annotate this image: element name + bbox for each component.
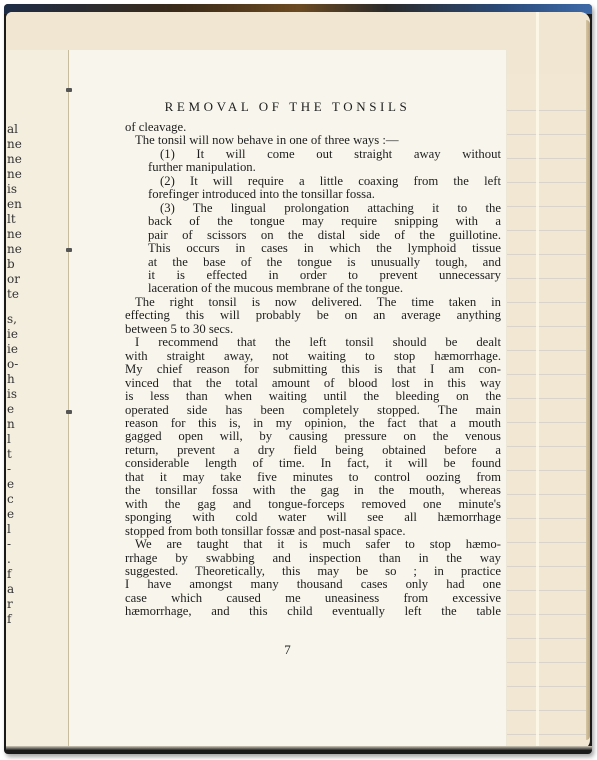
text-line: considerable length of time. In fact, it… bbox=[125, 457, 501, 470]
text-line: case which caused me uneasiness from exc… bbox=[125, 592, 501, 605]
text-line: pair of scissors on the distal side of t… bbox=[125, 229, 501, 242]
left-page-text-fragment: s, bbox=[7, 312, 17, 327]
underlying-left-page: alneneneisenltnenebortes,ieieo-hisenlt-e… bbox=[6, 50, 69, 747]
text-line: stopped from both tonsillar fossæ and po… bbox=[125, 525, 501, 538]
text-line: back of the tongue may require snipping … bbox=[125, 215, 501, 228]
text-line: I recommend that the left tonsil should … bbox=[125, 336, 501, 349]
left-page-text-fragment: h bbox=[7, 372, 15, 387]
left-page-text-fragment: en bbox=[7, 197, 22, 212]
body-text: of cleavage.The tonsil will now behave i… bbox=[125, 121, 501, 619]
text-line: gagged open will, by causing pressure on… bbox=[125, 430, 501, 443]
left-page-text-fragment: is bbox=[7, 182, 17, 197]
text-line: We are taught that it is much safer to s… bbox=[125, 538, 501, 551]
staple-mark bbox=[66, 248, 72, 252]
text-line: The right tonsil is now delivered. The t… bbox=[125, 296, 501, 309]
text-line: (1) It will come out straight away witho… bbox=[125, 148, 501, 161]
text-line: further manipulation. bbox=[125, 161, 501, 174]
text-line: rrhage by swabbing and inspection than i… bbox=[125, 552, 501, 565]
text-line: hæmorrhage, and this child eventually le… bbox=[125, 605, 501, 618]
text-line: laceration of the mucous membrane of the… bbox=[125, 282, 501, 295]
left-page-text-fragment: te bbox=[7, 287, 19, 302]
left-page-text-fragment: f bbox=[7, 612, 11, 627]
text-line: is less than when waiting until the blee… bbox=[125, 390, 501, 403]
left-page-text-fragment: c bbox=[7, 492, 14, 507]
text-line: I have amongst many thousand cases only … bbox=[125, 578, 501, 591]
left-page-text-fragment: ne bbox=[7, 137, 22, 152]
left-page-text-fragment: is bbox=[7, 387, 17, 402]
running-head: REMOVAL OF THE TONSILS bbox=[69, 99, 506, 115]
text-line: that it may take five minutes to control… bbox=[125, 471, 501, 484]
text-line: sponging with cold water will see all hæ… bbox=[125, 511, 501, 524]
left-page-text-fragment: l bbox=[7, 522, 11, 537]
left-page-text-fragment: e bbox=[7, 507, 14, 522]
text-line: effecting this will probably be on an av… bbox=[125, 309, 501, 322]
text-line: (3) The lingual prolongation attaching i… bbox=[125, 202, 501, 215]
left-page-text-fragment: al bbox=[7, 122, 18, 137]
left-page-text-fragment: a bbox=[7, 582, 14, 597]
left-page-text-fragment: ne bbox=[7, 152, 22, 167]
left-page-text-fragment: - bbox=[7, 462, 11, 477]
text-line: forefinger introduced into the tonsillar… bbox=[125, 188, 501, 201]
left-page-text-fragment: l bbox=[7, 432, 11, 447]
left-page-text-fragment: n bbox=[7, 417, 15, 432]
text-line: My chief reason for submitting this is t… bbox=[125, 363, 501, 376]
text-line: vinced that the total amount of blood lo… bbox=[125, 377, 501, 390]
text-line: of cleavage. bbox=[125, 121, 501, 134]
text-line: This occurs in cases in which the lympho… bbox=[125, 242, 501, 255]
notebook-page-edge bbox=[586, 20, 590, 740]
left-page-text-fragment: e bbox=[7, 402, 14, 417]
left-page-text-fragment: e bbox=[7, 477, 14, 492]
printed-page: REMOVAL OF THE TONSILS of cleavage.The t… bbox=[68, 50, 506, 747]
left-page-text-fragment: ne bbox=[7, 167, 22, 182]
text-line: return, prevent a dry field being obtain… bbox=[125, 444, 501, 457]
text-line: the tonsillar fossa with the gag in the … bbox=[125, 484, 501, 497]
left-page-text-fragment: r bbox=[7, 597, 13, 612]
left-page-text-fragment: - bbox=[7, 537, 11, 552]
left-page-text-fragment: f bbox=[7, 567, 11, 582]
text-line: suggested. Theoretically, this may be so… bbox=[125, 565, 501, 578]
left-page-text-fragment: ie bbox=[7, 342, 18, 357]
text-line: reason for this is, in my opinion, the f… bbox=[125, 417, 501, 430]
left-page-text-fragment: lt bbox=[7, 212, 16, 227]
left-page-text-fragment: . bbox=[7, 552, 11, 567]
left-page-text-fragment: o- bbox=[7, 357, 18, 372]
left-page-text-fragment: b bbox=[7, 257, 15, 272]
text-line: The tonsil will now behave in one of thr… bbox=[125, 134, 501, 147]
text-line: operated side has been completely stoppe… bbox=[125, 404, 501, 417]
text-line: at the base of the tongue is unusually t… bbox=[125, 256, 501, 269]
notebook-margin-line bbox=[536, 12, 539, 750]
text-line: (2) It will require a little coaxing fro… bbox=[125, 175, 501, 188]
left-page-text-fragment: or bbox=[7, 272, 20, 287]
text-line: between 5 to 30 secs. bbox=[125, 323, 501, 336]
book-bottom-edge bbox=[6, 746, 592, 750]
staple-mark bbox=[66, 88, 72, 92]
left-page-text-fragment: ie bbox=[7, 327, 18, 342]
left-page-text-fragment: ne bbox=[7, 227, 22, 242]
staple-mark bbox=[66, 410, 72, 414]
page-number: 7 bbox=[69, 642, 506, 658]
text-line: it is effected in order to prevent unnec… bbox=[125, 269, 501, 282]
text-line: with straight away, not waiting to stop … bbox=[125, 350, 501, 363]
left-page-text-fragment: t bbox=[7, 447, 12, 462]
text-line: with the gag and tongue-forceps removed … bbox=[125, 498, 501, 511]
left-page-text-fragment: ne bbox=[7, 242, 22, 257]
